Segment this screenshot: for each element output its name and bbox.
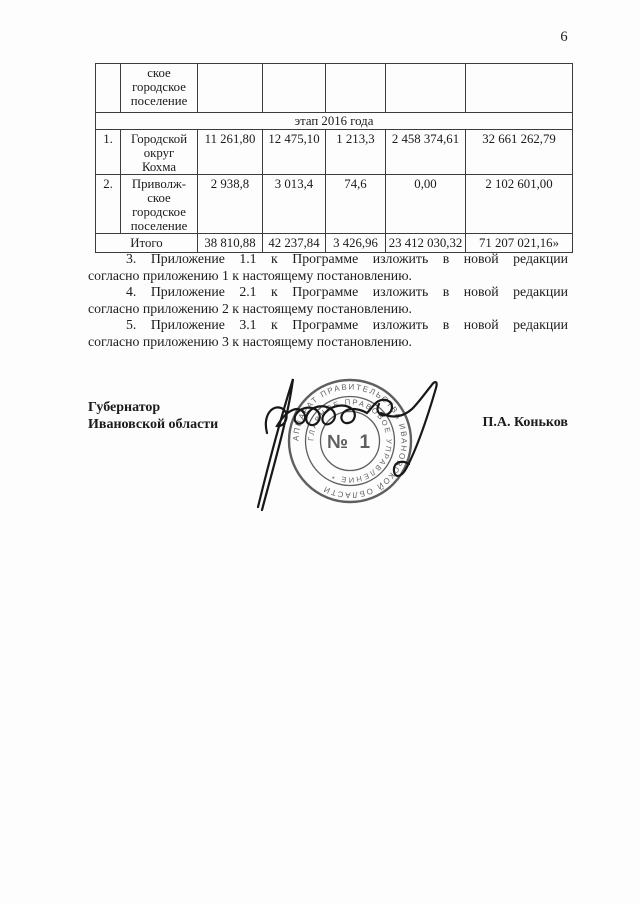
page-number: 6	[553, 29, 575, 46]
paragraph-4: 4. Приложение 2.1 к Программе изложить в…	[88, 284, 568, 317]
stamp-and-signature: АППАРАТ ПРАВИТЕЛЬСТВА ИВАНОВСКОЙ ОБЛАСТИ…	[228, 360, 472, 525]
cell-value: 3 013,4	[263, 175, 326, 234]
cell-num: 2.	[96, 175, 121, 234]
cell-value: 12 475,10	[263, 130, 326, 175]
cell-value: 0,00	[386, 175, 466, 234]
cell-num	[96, 64, 121, 113]
signatory-title: Губернатор Ивановской области	[88, 399, 218, 433]
table-row-stage-header: этап 2016 года	[96, 113, 573, 130]
body-paragraphs: 3. Приложение 1.1 к Программе изложить в…	[88, 251, 568, 351]
paragraph-line: согласно приложению 1 к настоящему поста…	[88, 268, 568, 285]
table-row: 2. Приволж- ское городское поселение 2 9…	[96, 175, 573, 234]
cell-value: 23 412 030,32	[386, 234, 466, 253]
paragraph-3: 3. Приложение 1.1 к Программе изложить в…	[88, 251, 568, 284]
table-row-continuation: ское городское поселение	[96, 64, 573, 113]
paragraph-line: 3. Приложение 1.1 к Программе изложить в…	[88, 251, 568, 268]
cell-value: 74,6	[326, 175, 386, 234]
data-table: ское городское поселение этап 2016 года …	[95, 63, 573, 253]
paragraph-line: 4. Приложение 2.1 к Программе изложить в…	[88, 284, 568, 301]
round-stamp: АППАРАТ ПРАВИТЕЛЬСТВА ИВАНОВСКОЙ ОБЛАСТИ…	[289, 380, 411, 502]
cell-value	[263, 64, 326, 113]
cell-value	[386, 64, 466, 113]
document-page: 6 ское городское поселение этап 2016 год…	[0, 0, 640, 905]
cell-settlement-name: ское городское поселение	[121, 64, 198, 113]
stamp-number: № 1	[327, 432, 373, 453]
cell-value: 11 261,80	[198, 130, 263, 175]
cell-value: 71 207 021,16»	[466, 234, 573, 253]
signature-stroke	[258, 379, 293, 510]
cell-value: 2 102 601,00	[466, 175, 573, 234]
signatory-name: П.А. Коньков	[482, 415, 568, 431]
cell-value: 32 661 262,79	[466, 130, 573, 175]
cell-value	[198, 64, 263, 113]
table-row: 1. Городской округ Кохма 11 261,80 12 47…	[96, 130, 573, 175]
paragraph-line: 5. Приложение 3.1 к Программе изложить в…	[88, 317, 568, 334]
cell-settlement-name: Приволж- ское городское поселение	[121, 175, 198, 234]
paragraph-line: согласно приложению 2 к настоящему поста…	[88, 301, 568, 318]
paragraph-line: согласно приложению 3 к настоящему поста…	[88, 334, 568, 351]
cell-value	[326, 64, 386, 113]
cell-num: 1.	[96, 130, 121, 175]
cell-value: 3 426,96	[326, 234, 386, 253]
cell-value: 2 938,8	[198, 175, 263, 234]
total-label: Итого	[96, 234, 198, 253]
stage-header-label: этап 2016 года	[96, 113, 573, 130]
cell-value: 1 213,3	[326, 130, 386, 175]
cell-value	[466, 64, 573, 113]
cell-value: 38 810,88	[198, 234, 263, 253]
paragraph-5: 5. Приложение 3.1 к Программе изложить в…	[88, 317, 568, 350]
cell-settlement-name: Городской округ Кохма	[121, 130, 198, 175]
cell-value: 42 237,84	[263, 234, 326, 253]
table-row-total: Итого 38 810,88 42 237,84 3 426,96 23 41…	[96, 234, 573, 253]
cell-value: 2 458 374,61	[386, 130, 466, 175]
